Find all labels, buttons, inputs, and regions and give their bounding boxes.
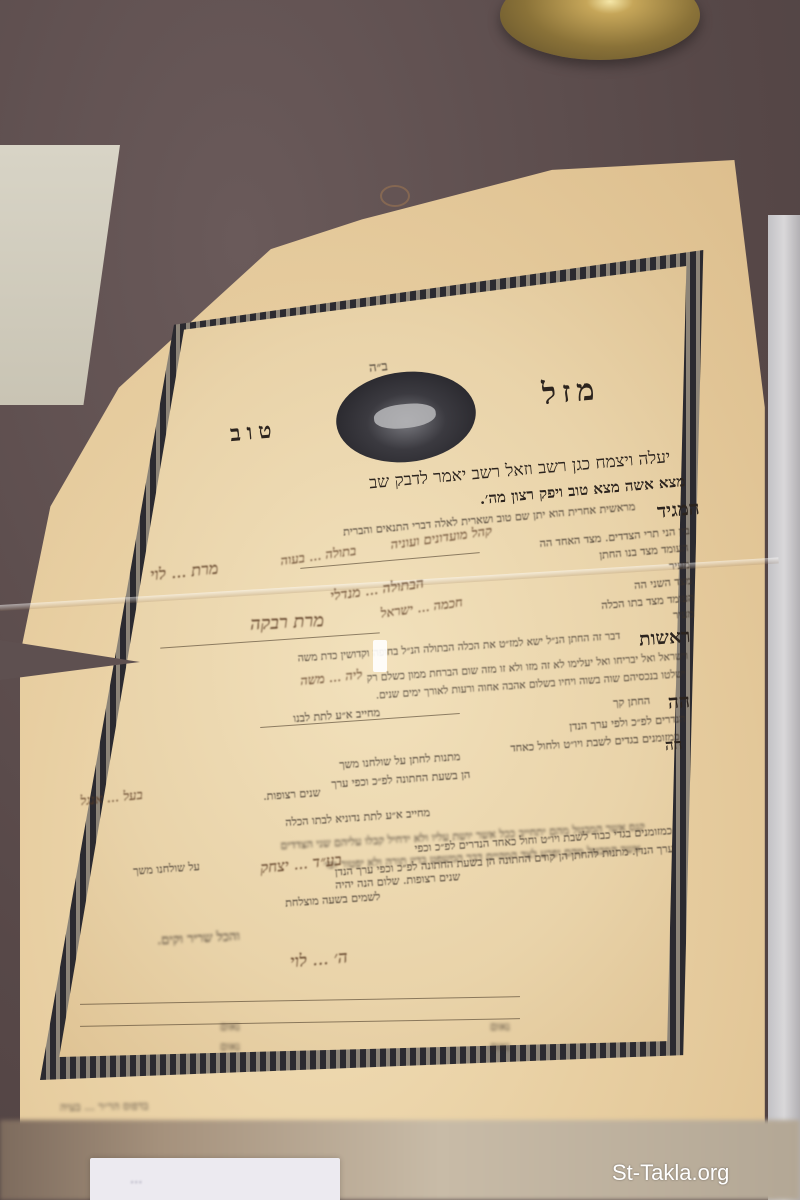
witness-label-4: נאום xyxy=(220,1040,240,1053)
intro-label: המגיד xyxy=(657,497,701,524)
section1-line-5: מתנות לחתן על שולחנו משך xyxy=(339,750,461,771)
line-3: מעיר xyxy=(668,558,690,573)
section-hh-2: הה xyxy=(664,735,683,755)
section1-line-1: החתן קך xyxy=(612,694,650,710)
section-hh-1: הה xyxy=(667,690,690,714)
section2-line-1: מחייב א״ע לתת נדוניא לבתו הכלה xyxy=(285,806,431,829)
display-label-text: ... xyxy=(130,1172,340,1187)
witness-label-3: נאום xyxy=(220,1020,240,1033)
witness-label-2: נאום xyxy=(490,1040,510,1053)
title-mazal: מזל xyxy=(541,372,602,412)
section1-line-4: כמזומנים בגדים לשבת ויו״ט ולחול כאחד xyxy=(510,730,680,755)
top-mark: ב״ה xyxy=(369,358,389,376)
section1-line-7: שנים רצופות. xyxy=(262,786,320,803)
printer-footer: בדפוס הר״ר ... בעיה xyxy=(60,1099,149,1114)
handwritten-entry: מרת רבקה xyxy=(250,610,325,635)
watermark: St-Takla.org xyxy=(612,1160,729,1186)
display-label-card: ... xyxy=(90,1158,340,1200)
line-4: מצד השני הה xyxy=(634,574,693,592)
line-6: מעיר xyxy=(672,607,694,622)
section1-line-6: הן בשעת החתונה לפ״כ וכפי ערך xyxy=(331,768,471,791)
witness-label-1: נאום xyxy=(490,1020,510,1033)
title-tov: טוב xyxy=(230,417,280,447)
closing-line-3: והכל שריר וקים. xyxy=(157,928,241,948)
mounting-pin xyxy=(373,640,387,672)
rashut-label: ראשות xyxy=(638,625,691,652)
section2-line-6: לשמים בשעה מוצלחת xyxy=(284,890,380,910)
section2-line-4: על שולחנו משך xyxy=(133,860,200,878)
